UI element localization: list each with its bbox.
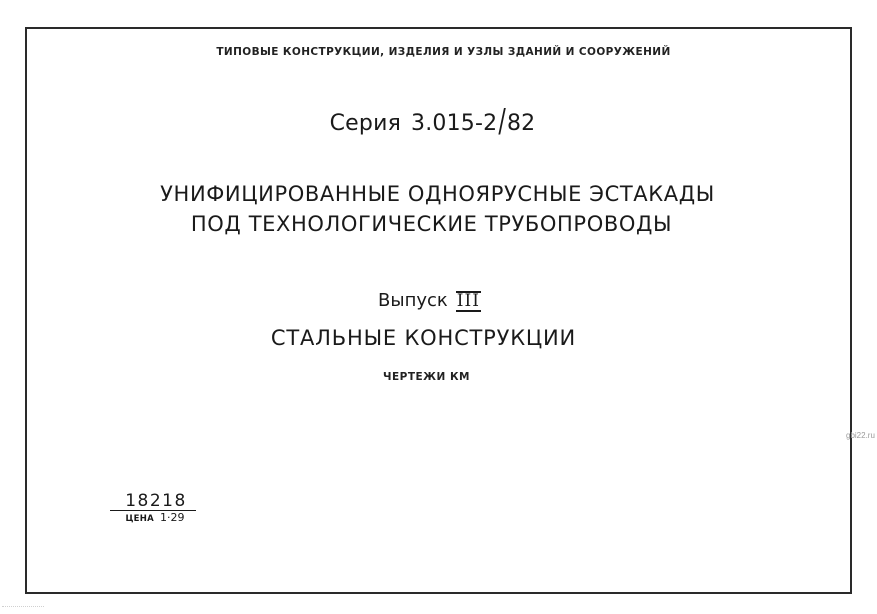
series-slash: / [498,104,506,140]
price-value: 1·29 [160,511,185,524]
issue-designation: ВыпускIII [0,290,868,312]
price-block: 18218 ЦЕНА1·29 [110,492,196,526]
series-label: Серия [330,111,401,136]
drawings-label: ЧЕРТЕЖИ КМ [0,371,865,383]
series-number-suffix: 82 [507,111,535,136]
series-number-prefix: 3.015-2 [411,111,497,136]
issue-label: Выпуск [378,290,448,311]
section-title: СТАЛЬНЫЕ КОНСТРУКЦИИ [0,326,862,350]
price-row: ЦЕНА1·29 [110,511,196,526]
catalog-code: 18218 [110,492,196,511]
price-label: ЦЕНА [125,514,154,524]
document-title-line-2: ПОД ТЕХНОЛОГИЧЕСКИЕ ТРУБОПРОВОДЫ [0,212,870,236]
series-number: 3.015-2/82 [411,111,535,136]
document-title-line-1: УНИФИЦИРОВАННЫЕ ОДНОЯРУСНЫЕ ЭСТАКАДЫ [0,182,876,206]
scan-artifact [2,606,44,609]
watermark: gbi22.ru [846,431,875,440]
issue-number: III [456,291,481,312]
series-designation: Серия3.015-2/82 [0,111,871,136]
document-header: ТИПОВЫЕ КОНСТРУКЦИИ, ИЗДЕЛИЯ И УЗЛЫ ЗДАН… [5,46,877,58]
